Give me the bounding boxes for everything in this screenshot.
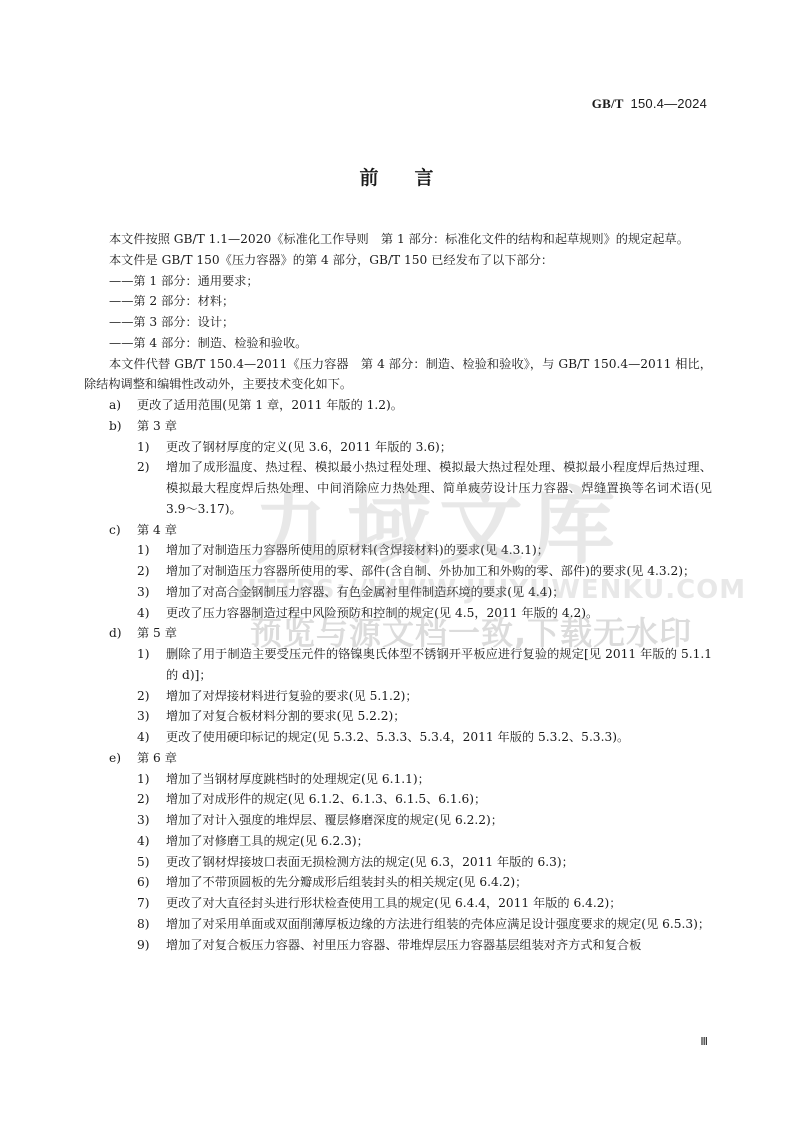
list-marker: 4) [137, 831, 166, 852]
list-text: 增加了对高合金钢制压力容器、有色金属衬里件制造环境的要求(见 4.4)； [166, 582, 712, 603]
list-marker: b) [109, 416, 137, 437]
sub-item: 8)增加了对采用单面或双面削薄厚板边缘的方法进行组装的壳体应满足设计强度要求的规… [84, 914, 712, 935]
sub-item: 1)更改了钢材厚度的定义(见 3.6，2011 年版的 3.6)； [84, 437, 712, 458]
page-title: 前言 [0, 163, 793, 190]
list-text: 更改了钢材厚度的定义(见 3.6，2011 年版的 3.6)； [166, 437, 712, 458]
list-marker: 3) [137, 582, 166, 603]
list-marker: a) [109, 395, 137, 416]
list-marker: 3) [137, 706, 166, 727]
paragraph-replacement: 本文件代替 GB/T 150.4—2011《压力容器 第 4 部分：制造、检验和… [84, 354, 712, 396]
part-item: ——第 4 部分：制造、检验和验收。 [84, 333, 712, 354]
sub-item: 3)增加了对复合板材料分割的要求(见 5.2.2)； [84, 706, 712, 727]
list-text: 更改了压力容器制造过程中风险预防和控制的规定(见 4.5，2011 年版的 4.… [166, 603, 712, 624]
change-item-b: b) 第 3 章 [84, 416, 712, 437]
list-marker: 1) [137, 769, 166, 790]
list-marker: e) [109, 748, 137, 769]
sub-item: 7)更改了对大直径封头进行形状检查使用工具的规定(见 6.4.4，2011 年版… [84, 893, 712, 914]
part-item: ——第 3 部分：设计； [84, 312, 712, 333]
list-text: 增加了对焊接材料进行复验的要求(见 5.1.2)； [166, 686, 712, 707]
sub-item: 1)增加了当钢材厚度跳档时的处理规定(见 6.1.1)； [84, 769, 712, 790]
list-text: 更改了使用硬印标记的规定(见 5.3.2、5.3.3、5.3.4，2011 年版… [166, 727, 712, 748]
sub-item: 2)增加了对成形件的规定(见 6.1.2、6.1.3、6.1.5、6.1.6)； [84, 789, 712, 810]
change-item-a: a) 更改了适用范围(见第 1 章，2011 年版的 1.2)。 [84, 395, 712, 416]
list-text: 增加了对修磨工具的规定(见 6.2.3)； [166, 831, 712, 852]
list-text: 更改了适用范围(见第 1 章，2011 年版的 1.2)。 [137, 395, 712, 416]
list-text: 增加了对计入强度的堆焊层、覆层修磨深度的规定(见 6.2.2)； [166, 810, 712, 831]
paragraph-series-parts: 本文件是 GB/T 150《压力容器》的第 4 部分，GB/T 150 已经发布… [84, 250, 712, 271]
list-text: 第 6 章 [137, 748, 712, 769]
list-text: 更改了钢材焊接坡口表面无损检测方法的规定(见 6.3，2011 年版的 6.3)… [166, 852, 712, 873]
change-item-d: d) 第 5 章 [84, 623, 712, 644]
list-text: 增加了对制造压力容器所使用的原材料(含焊接材料)的要求(见 4.3.1)； [166, 540, 712, 561]
list-marker: c) [109, 520, 137, 541]
standard-prefix: GB/T [592, 96, 624, 111]
list-marker: d) [109, 623, 137, 644]
list-marker: 1) [137, 540, 166, 561]
sub-item: 4)更改了压力容器制造过程中风险预防和控制的规定(见 4.5，2011 年版的 … [84, 603, 712, 624]
list-marker: 6) [137, 872, 166, 893]
change-item-e: e) 第 6 章 [84, 748, 712, 769]
list-text: 增加了对复合板材料分割的要求(见 5.2.2)； [166, 706, 712, 727]
list-marker: 7) [137, 893, 166, 914]
sub-item: 9)增加了对复合板压力容器、衬里压力容器、带堆焊层压力容器基层组装对齐方式和复合… [84, 935, 712, 956]
sub-item: 4)更改了使用硬印标记的规定(见 5.3.2、5.3.3、5.3.4，2011 … [84, 727, 712, 748]
list-marker: 1) [137, 644, 166, 686]
part-item: ——第 1 部分：通用要求； [84, 271, 712, 292]
list-marker: 2) [137, 561, 166, 582]
list-marker: 3) [137, 810, 166, 831]
list-text: 更改了对大直径封头进行形状检查使用工具的规定(见 6.4.4，2011 年版的 … [166, 893, 712, 914]
list-text: 删除了用于制造主要受压元件的铬镍奥氏体型不锈钢开平板应进行复验的规定[见 201… [166, 644, 712, 686]
page-number: Ⅲ [700, 1035, 707, 1048]
list-marker: 9) [137, 935, 166, 956]
sub-item: 1)增加了对制造压力容器所使用的原材料(含焊接材料)的要求(见 4.3.1)； [84, 540, 712, 561]
list-marker: 4) [137, 727, 166, 748]
paragraph-drafting-rules: 本文件按照 GB/T 1.1—2020《标准化工作导则 第 1 部分：标准化文件… [84, 229, 712, 250]
sub-item: 3)增加了对计入强度的堆焊层、覆层修磨深度的规定(见 6.2.2)； [84, 810, 712, 831]
part-item: ——第 2 部分：材料； [84, 291, 712, 312]
list-text: 增加了对复合板压力容器、衬里压力容器、带堆焊层压力容器基层组装对齐方式和复合板 [166, 935, 712, 956]
list-text: 第 3 章 [137, 416, 712, 437]
list-text: 第 4 章 [137, 520, 712, 541]
sub-item: 2)增加了对制造压力容器所使用的零、部件(含自制、外协加工和外购的零、部件)的要… [84, 561, 712, 582]
document-body: 本文件按照 GB/T 1.1—2020《标准化工作导则 第 1 部分：标准化文件… [84, 229, 712, 955]
sub-item: 2)增加了成形温度、热过程、模拟最小热过程处理、模拟最大热过程处理、模拟最小程度… [84, 457, 712, 519]
sub-item: 1)删除了用于制造主要受压元件的铬镍奥氏体型不锈钢开平板应进行复验的规定[见 2… [84, 644, 712, 686]
document-page: GB/T 150.4—2024 前言 本文件按照 GB/T 1.1—2020《标… [0, 0, 793, 1122]
sub-item: 5)更改了钢材焊接坡口表面无损检测方法的规定(见 6.3，2011 年版的 6.… [84, 852, 712, 873]
list-text: 增加了对成形件的规定(见 6.1.2、6.1.3、6.1.5、6.1.6)； [166, 789, 712, 810]
list-marker: 2) [137, 457, 166, 519]
sub-item: 3)增加了对高合金钢制压力容器、有色金属衬里件制造环境的要求(见 4.4)； [84, 582, 712, 603]
list-marker: 2) [137, 686, 166, 707]
sub-item: 2)增加了对焊接材料进行复验的要求(见 5.1.2)； [84, 686, 712, 707]
list-text: 增加了不带顶圆板的先分瓣成形后组装封头的相关规定(见 6.4.2)； [166, 872, 712, 893]
list-marker: 1) [137, 437, 166, 458]
list-text: 增加了对采用单面或双面削薄厚板边缘的方法进行组装的壳体应满足设计强度要求的规定(… [166, 914, 712, 935]
list-marker: 4) [137, 603, 166, 624]
standard-number: 150.4—2024 [631, 96, 707, 111]
change-item-c: c) 第 4 章 [84, 520, 712, 541]
list-marker: 8) [137, 914, 166, 935]
sub-item: 4)增加了对修磨工具的规定(见 6.2.3)； [84, 831, 712, 852]
list-marker: 5) [137, 852, 166, 873]
sub-item: 6)增加了不带顶圆板的先分瓣成形后组装封头的相关规定(见 6.4.2)； [84, 872, 712, 893]
list-marker: 2) [137, 789, 166, 810]
list-text: 第 5 章 [137, 623, 712, 644]
standard-code: GB/T 150.4—2024 [592, 96, 707, 112]
list-text: 增加了成形温度、热过程、模拟最小热过程处理、模拟最大热过程处理、模拟最小程度焊后… [166, 457, 712, 519]
list-text: 增加了当钢材厚度跳档时的处理规定(见 6.1.1)； [166, 769, 712, 790]
list-text: 增加了对制造压力容器所使用的零、部件(含自制、外协加工和外购的零、部件)的要求(… [166, 561, 712, 582]
